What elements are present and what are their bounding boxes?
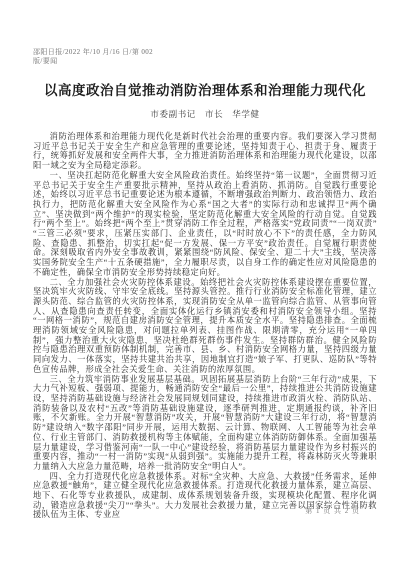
source-header-line-2: 版/要闻 [33,57,377,66]
article-paragraph-2: 一、坚决扛起防范化解重大安全风险政治责任。始终坚持“第一议题”，全面贯彻习近平总… [33,171,377,278]
article-paragraph-3: 二、全力加强社会火灾防控体系建设。始终把社会火灾防控体系建设摆在重要位置，坚决筑… [33,278,377,375]
article-body: 消防治理体系和治理能力现代化是新时代社会治理的重要内容。我们要深入学习贯彻习近平… [33,132,377,520]
document-page: 邵阳日报/2022 年/10 月/16 日/第 002 版/要闻 以高度政治自觉… [0,0,410,580]
article-paragraph-4: 三、全力筑牢消防事业发展基层基础。巩固拓展基层消防上台阶“三年行动”成果，下大力… [33,375,377,472]
source-header-line-1: 邵阳日报/2022 年/10 月/16 日/第 002 [33,48,377,57]
article-title: 以高度政治自觉推动消防治理体系和治理能力现代化 [33,82,377,99]
source-header: 邵阳日报/2022 年/10 月/16 日/第 002 版/要闻 [33,48,377,66]
article-paragraph-1: 消防治理体系和治理能力现代化是新时代社会治理的重要内容。我们要深入学习贯彻习近平… [33,132,377,171]
article-byline: 市委副书记 市长 华学健 [33,108,377,120]
page-content: 邵阳日报/2022 年/10 月/16 日/第 002 版/要闻 以高度政治自觉… [33,48,377,520]
page-number-indicator: 第 1 页 共 2 页 [305,506,360,516]
